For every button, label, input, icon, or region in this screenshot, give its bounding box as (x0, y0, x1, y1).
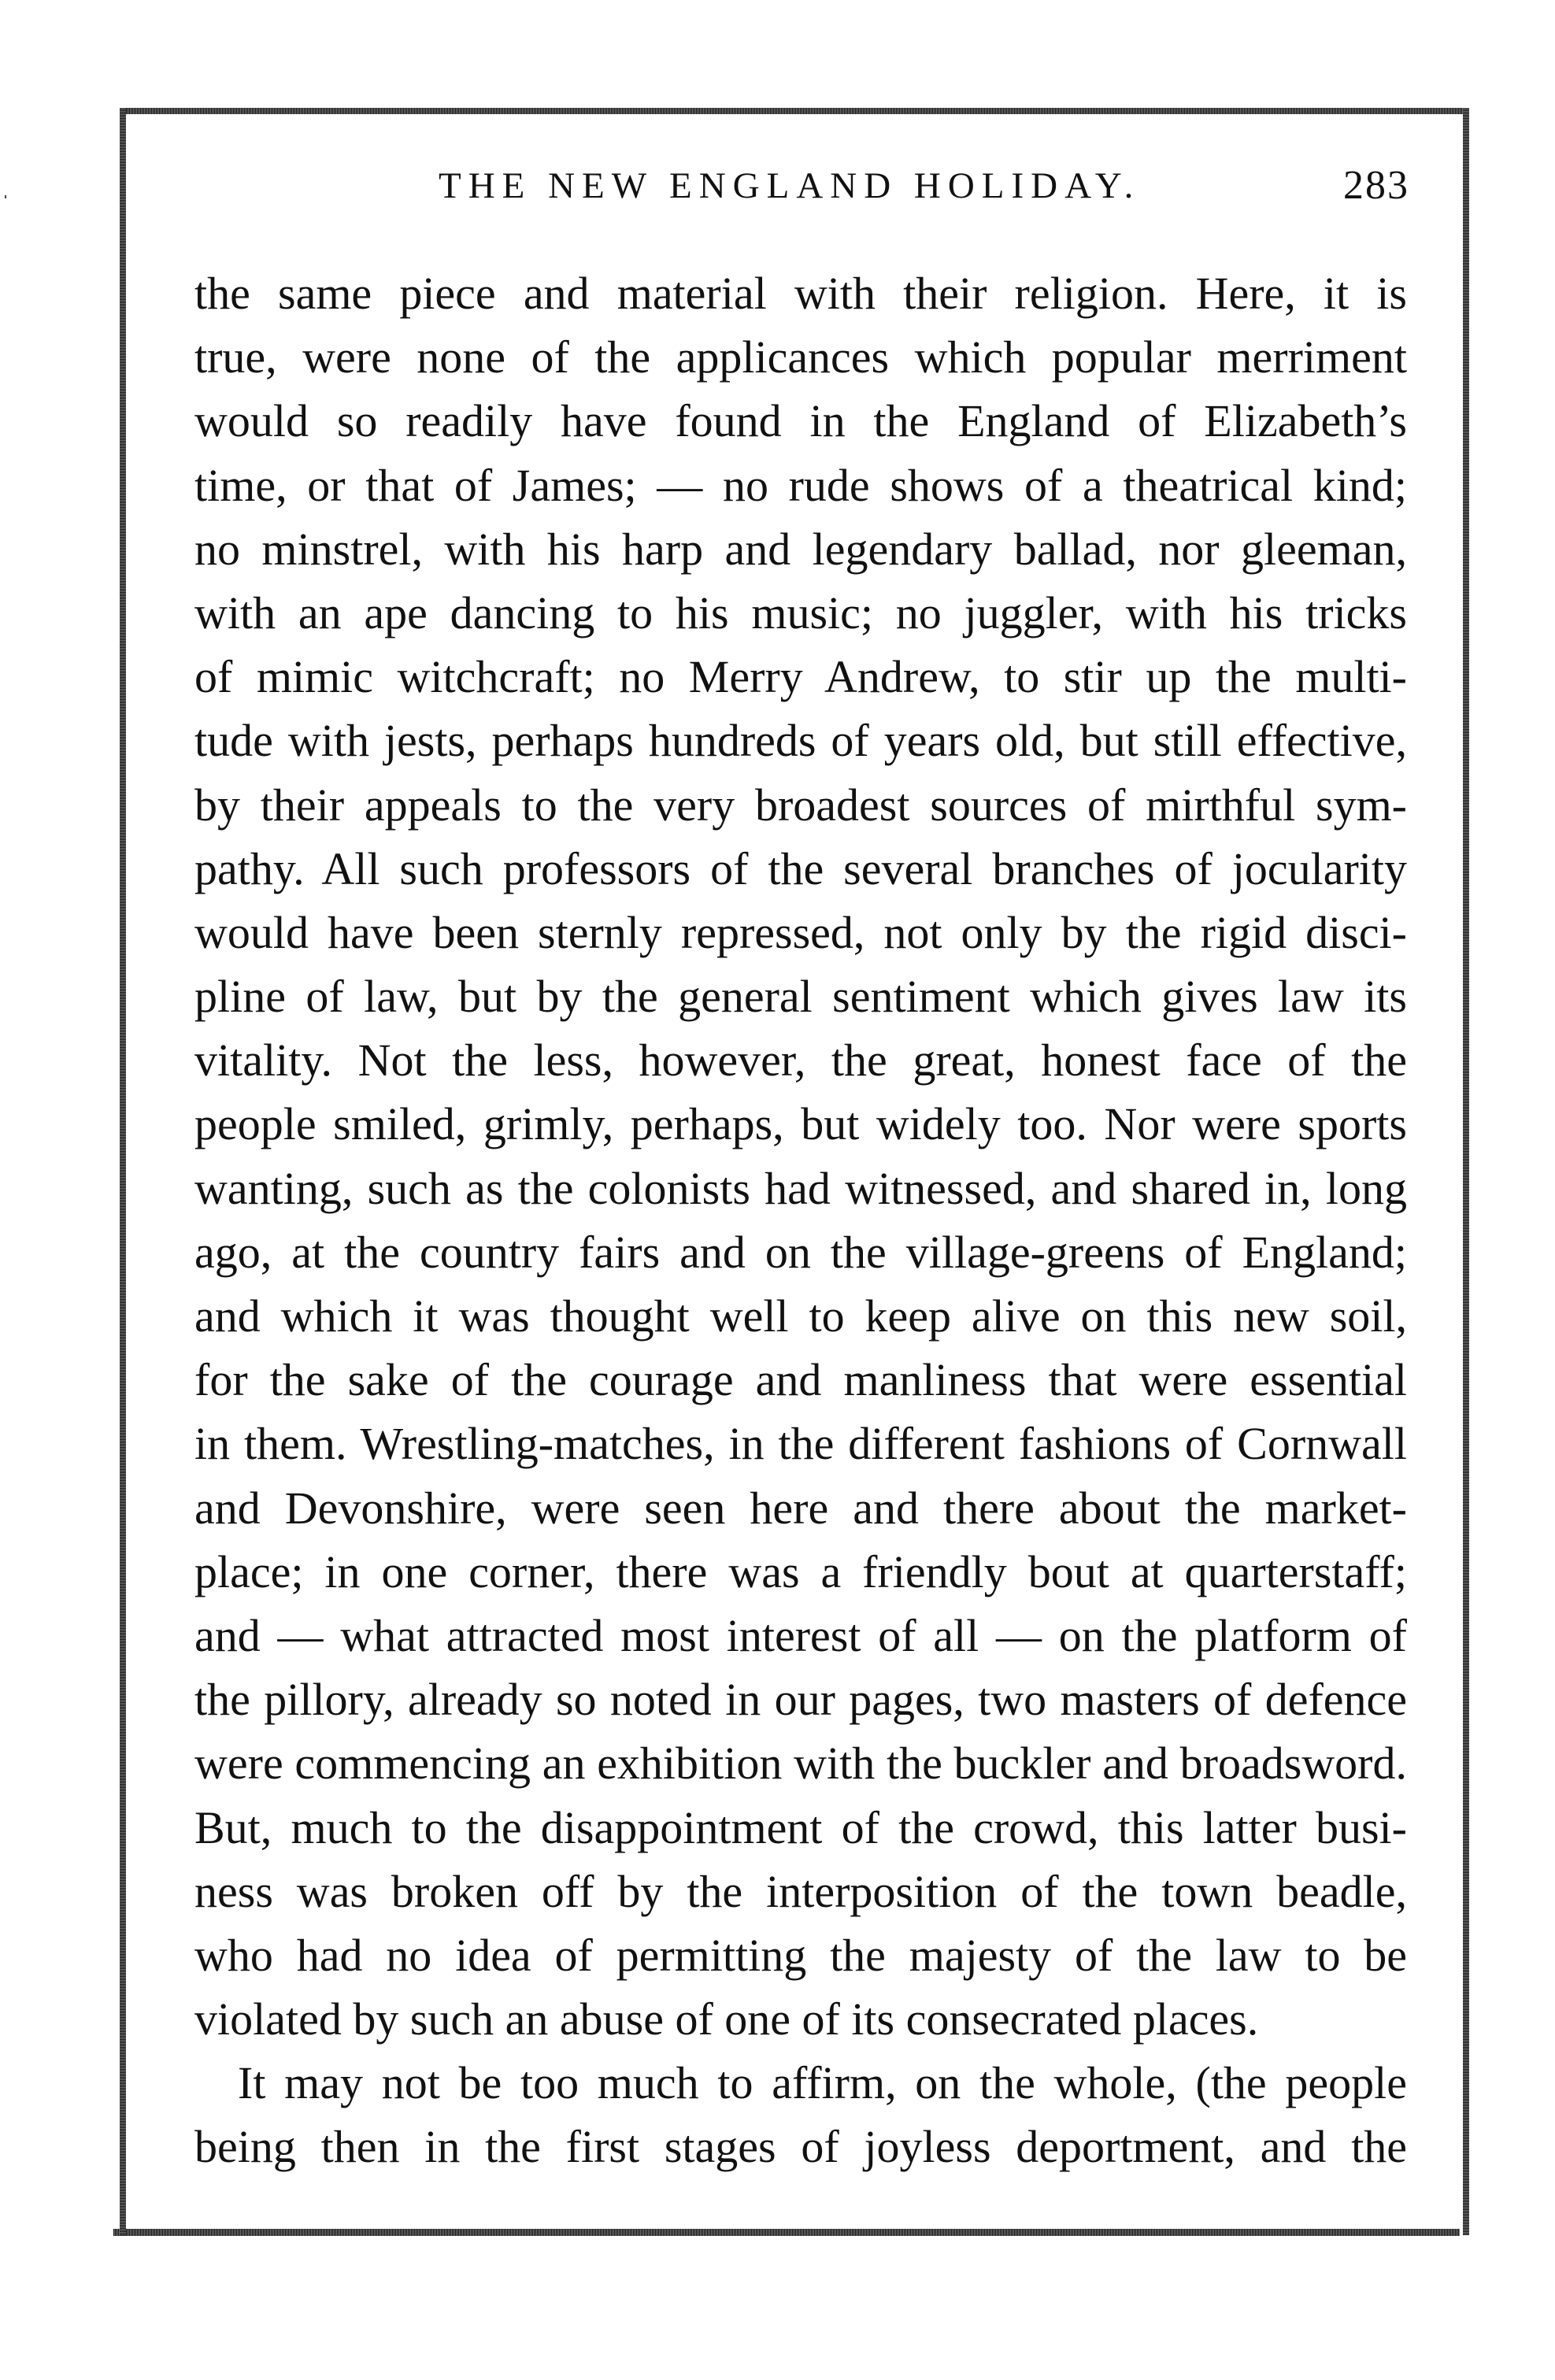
text-line: who had no idea of permitting the majest… (194, 1923, 1407, 1987)
text-line: with an ape dancing to his music; no jug… (194, 581, 1407, 645)
page-frame-bottom-rule (113, 2229, 1460, 2236)
page-frame-right-rule (1463, 108, 1469, 2235)
text-line: and — what attracted most interest of al… (194, 1604, 1407, 1667)
page-frame-left-rule (120, 108, 126, 2235)
text-line: for the sake of the courage and manlines… (194, 1348, 1407, 1412)
text-line: the pillory, already so noted in our pag… (194, 1667, 1407, 1731)
text-line: and Devonshire, were seen here and there… (194, 1476, 1407, 1540)
text-line: by their appeals to the very broadest so… (194, 773, 1407, 837)
text-line: would have been sternly repressed, not o… (194, 901, 1407, 964)
text-line: time, or that of James; — no rude shows … (194, 453, 1407, 517)
text-line: vitality. Not the less, however, the gre… (194, 1028, 1407, 1092)
scan-speck (5, 195, 6, 198)
text-line: in them. Wrestling-matches, in the diffe… (194, 1412, 1407, 1475)
text-line: ness was broken off by the interposition… (194, 1860, 1407, 1923)
text-line: the same piece and material with their r… (194, 261, 1407, 325)
text-line: place; in one corner, there was a friend… (194, 1540, 1407, 1604)
text-line: would so readily have found in the Engla… (194, 389, 1407, 453)
page-frame-top-rule (120, 108, 1469, 114)
text-line: wanting, such as the colonists had witne… (194, 1157, 1407, 1220)
paragraph: the same piece and material with their r… (194, 261, 1407, 2051)
text-line: being then in the first stages of joyles… (194, 2115, 1407, 2178)
text-line: It may not be too much to affirm, on the… (194, 2051, 1407, 2115)
running-title: THE NEW ENGLAND HOLIDAY. (439, 164, 1140, 208)
text-line: pathy. All such professors of the severa… (194, 837, 1407, 901)
text-line: violated by such an abuse of one of its … (194, 1987, 1407, 2051)
text-line: pline of law, but by the general sentime… (194, 964, 1407, 1028)
text-line: and which it was thought well to keep al… (194, 1284, 1407, 1348)
text-line: were commencing an exhibition with the b… (194, 1731, 1407, 1795)
text-line: of mimic witchcraft; no Merry Andrew, to… (194, 645, 1407, 709)
running-head: THE NEW ENGLAND HOLIDAY. 283 (194, 164, 1409, 208)
body-text: the same piece and material with their r… (194, 261, 1407, 2179)
text-line: But, much to the disappointment of the c… (194, 1796, 1407, 1860)
text-line: true, were none of the applicances which… (194, 325, 1407, 389)
text-line: ago, at the country fairs and on the vil… (194, 1220, 1407, 1284)
text-line: no minstrel, with his harp and legendary… (194, 517, 1407, 581)
text-line: tude with jests, perhaps hundreds of yea… (194, 709, 1407, 772)
page-number: 283 (1343, 164, 1409, 208)
paragraph: It may not be too much to affirm, on the… (194, 2051, 1407, 2178)
text-line: people smiled, grimly, perhaps, but wide… (194, 1092, 1407, 1156)
